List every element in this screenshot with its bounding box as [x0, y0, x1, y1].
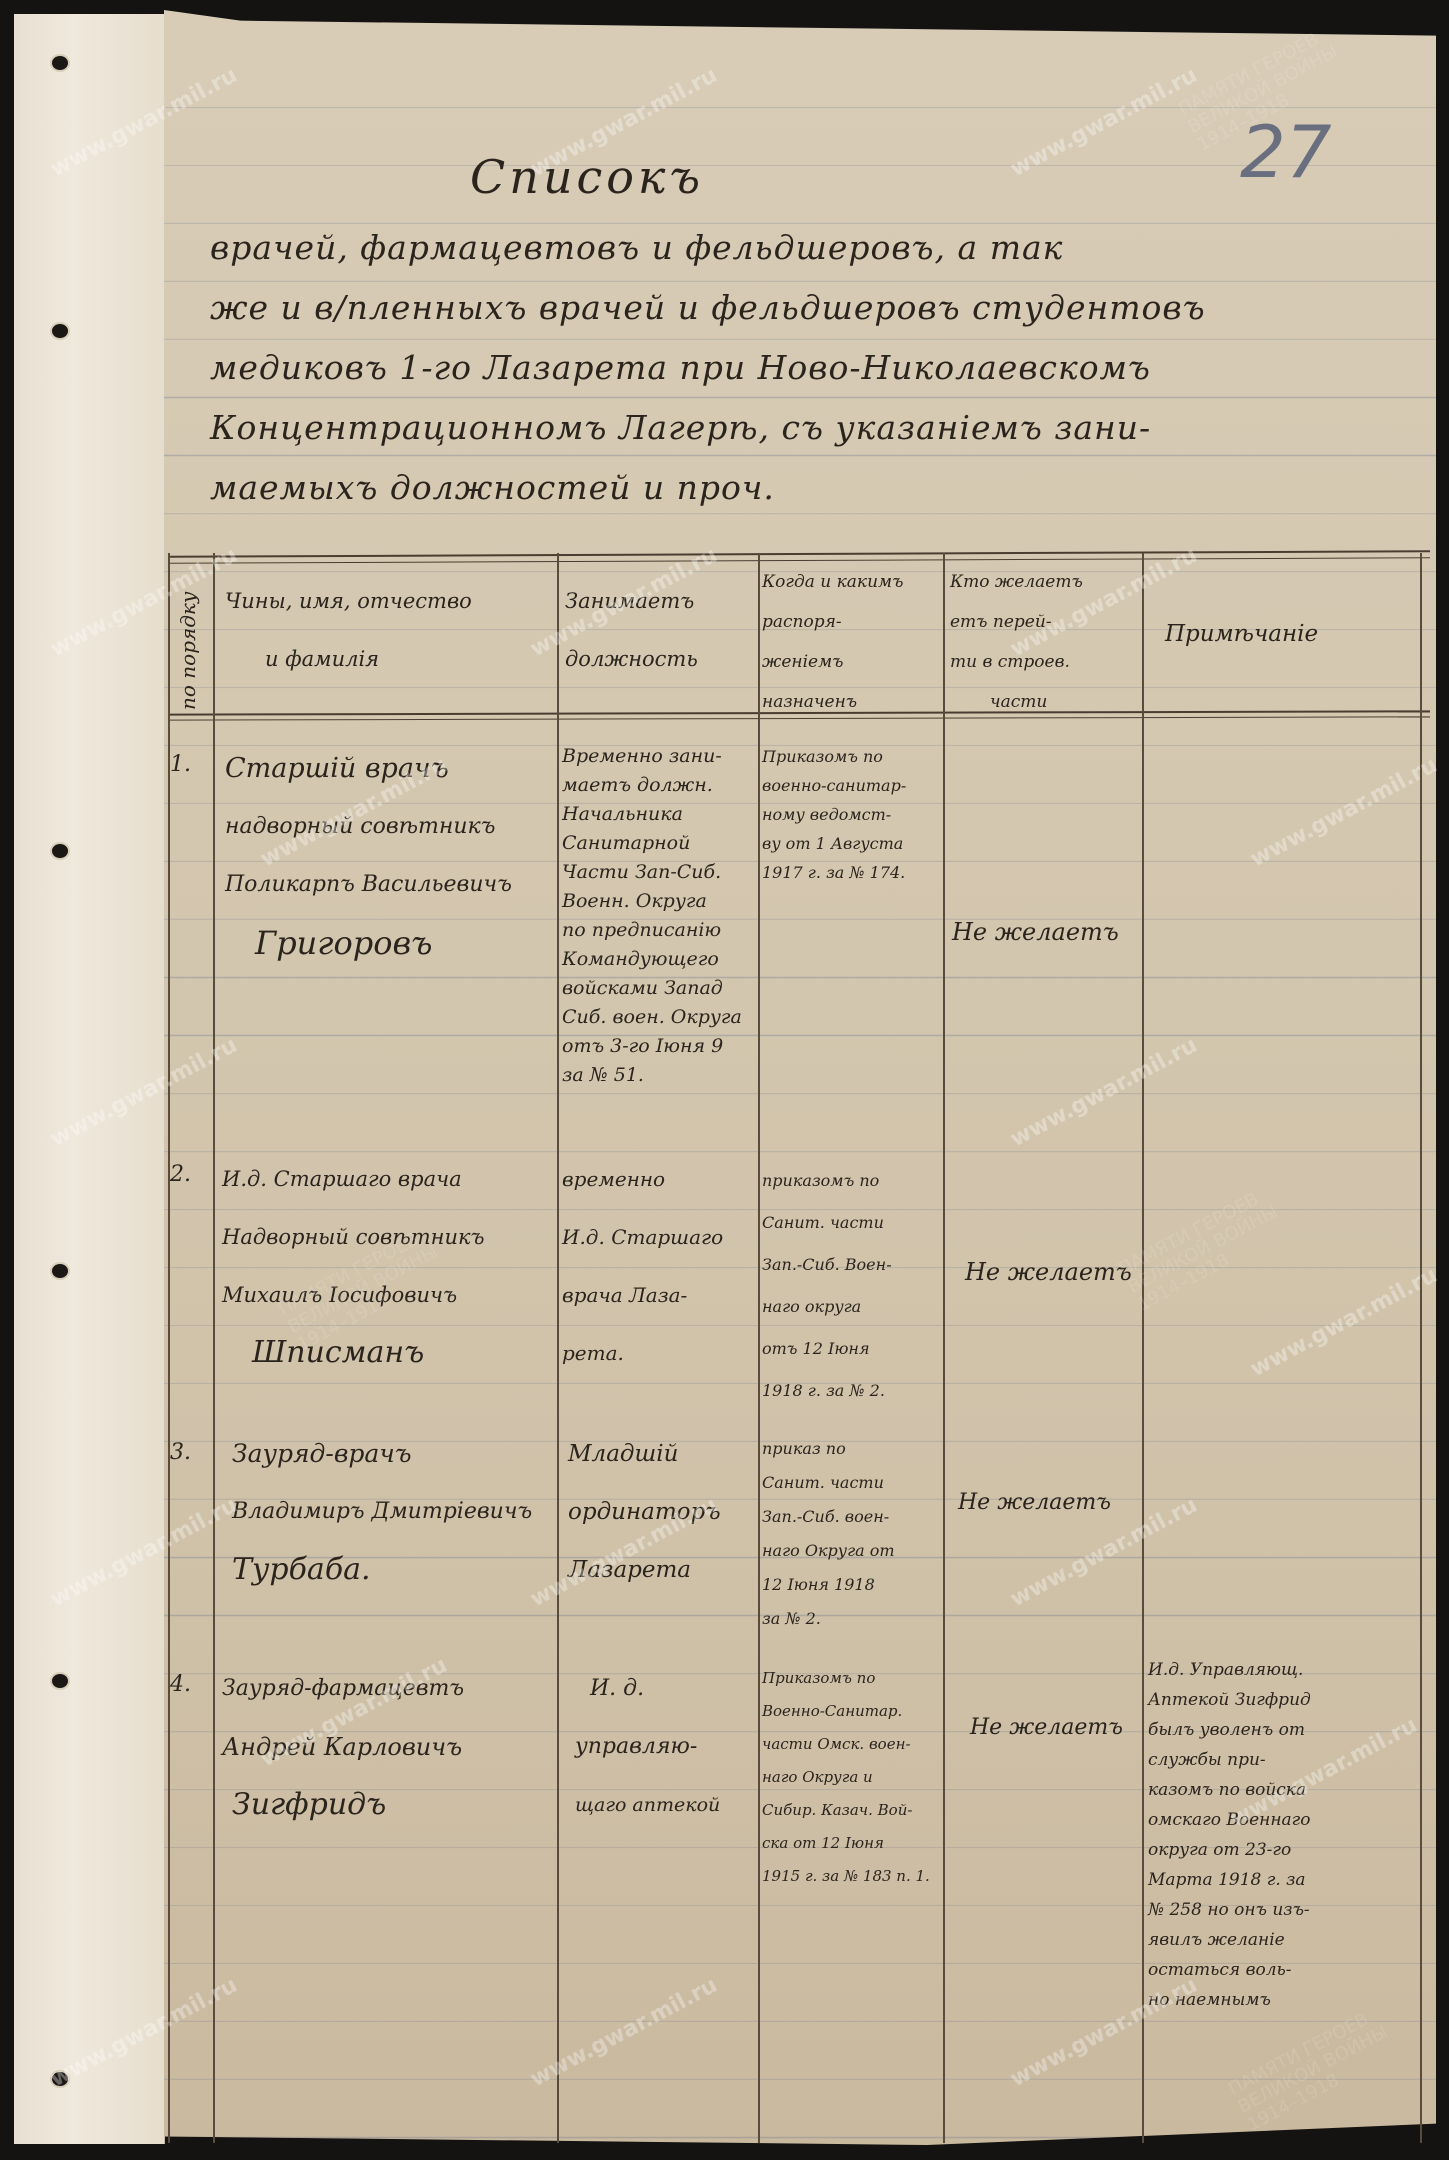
row-number: 4.: [170, 1672, 191, 1697]
punch-hole: [52, 1674, 68, 1688]
header-number: по порядку: [176, 592, 200, 710]
row-transfer: Не желаетъ: [970, 1715, 1123, 1740]
row-position: Младшій ординаторъ Лазарета: [568, 1425, 721, 1599]
row-position: Временно зани- маетъ должн. Начальника С…: [562, 742, 742, 1090]
subtitle-line: же и в/пленныхъ врачей и фельдшеровъ сту…: [210, 288, 1206, 327]
punch-hole: [52, 1264, 68, 1278]
folio-number: 27: [1240, 110, 1332, 194]
column-rule: [213, 553, 215, 2143]
header-order: Когда и какимъ распоря- женіемъ назначен…: [762, 562, 942, 722]
row-order: Приказомъ по Военно-Санитар. части Омск.…: [762, 1662, 930, 1893]
column-rule: [1142, 553, 1144, 2143]
binding-strip: [14, 14, 165, 2144]
punch-hole: [52, 2072, 68, 2086]
subtitle-line: маемыхъ должностей и проч.: [210, 468, 775, 507]
header-name: Чины, имя, отчество и фамилія: [225, 572, 555, 688]
row-transfer: Не желаетъ: [958, 1490, 1111, 1515]
document-title: Списокъ: [470, 150, 704, 204]
row-position: И. д. управляю- щаго аптекой: [575, 1660, 720, 1834]
column-rule: [1420, 553, 1422, 2143]
subtitle-line: медиковъ 1-го Лазарета при Ново-Николаев…: [210, 348, 1151, 387]
row-remarks: И.д. Управляющ. Аптекой Зигфрид былъ уво…: [1148, 1655, 1311, 2015]
row-name: Зауряд-фармацевтъ Андрей Карловичъ Зигфр…: [222, 1660, 464, 1834]
row-number: 1.: [170, 752, 191, 777]
header-transfer: Кто желаетъ етъ перей- ти в строев. част…: [950, 562, 1140, 722]
punch-hole: [52, 844, 68, 858]
row-order: приказомъ по Санит. части Зап.-Сиб. Воен…: [762, 1160, 892, 1412]
row-order: приказ по Санит. части Зап.-Сиб. воен- н…: [762, 1432, 895, 1636]
column-rule: [758, 553, 760, 2143]
row-name: И.д. Старшаго врача Надворный совѣтникъ …: [222, 1150, 485, 1382]
punch-hole: [52, 324, 68, 338]
row-transfer: Не желаетъ: [952, 918, 1119, 946]
row-order: Приказомъ по военно-санитар- ному ведомс…: [762, 742, 906, 887]
subtitle-line: врачей, фармацевтовъ и фельдшеровъ, а та…: [210, 228, 1063, 267]
row-number: 2.: [170, 1162, 191, 1187]
punch-hole: [52, 56, 68, 70]
header-position: Занимаетъ должность: [565, 572, 755, 688]
row-number: 3.: [170, 1440, 191, 1465]
column-rule: [557, 553, 559, 2143]
row-transfer: Не желаетъ: [965, 1258, 1132, 1286]
header-remarks: Примѣчаніе: [1165, 605, 1415, 663]
row-name: Зауряд-врачъ Владимиръ Дмитріевичъ Турба…: [232, 1425, 532, 1599]
column-rule: [943, 553, 945, 2143]
row-name: Старшій врачъ надворный совѣтникъ Полика…: [225, 740, 512, 972]
column-rule: [168, 553, 170, 2143]
row-position: временно И.д. Старшаго врача Лаза- рета.: [562, 1150, 723, 1382]
subtitle-line: Концентрационномъ Лагерѣ, съ указаніемъ …: [210, 408, 1151, 447]
